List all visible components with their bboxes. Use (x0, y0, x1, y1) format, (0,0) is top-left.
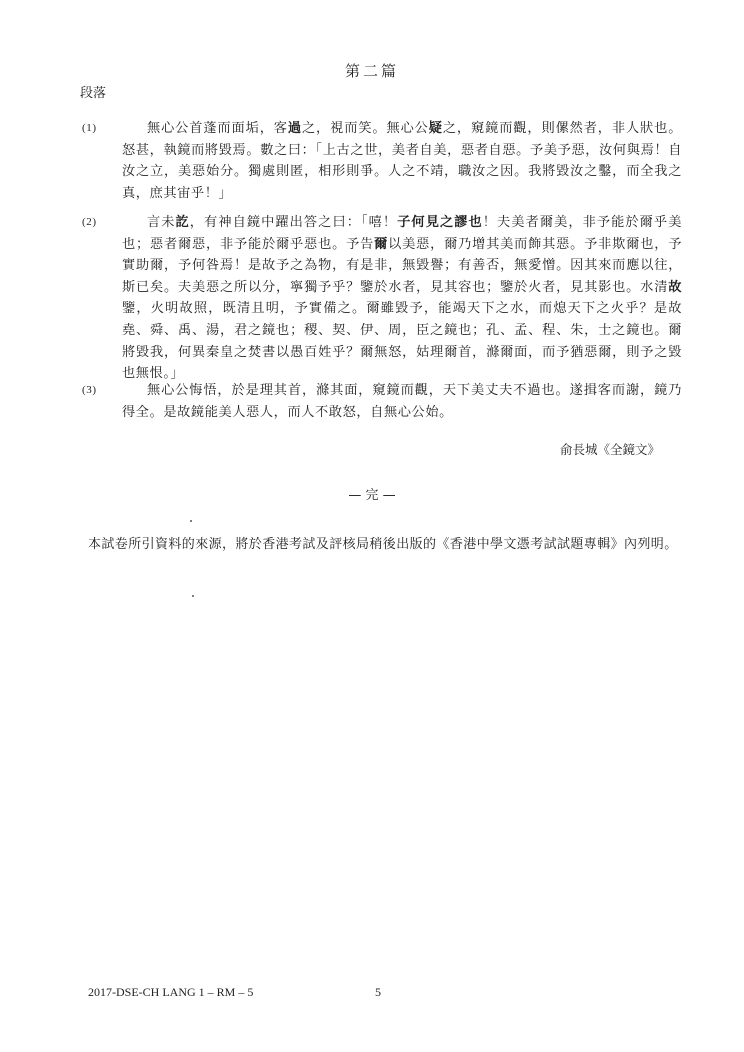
text-run: 無心公悔悟，於是理其首，滌其面，窺鏡而觀，天下美丈夫不過也。遂揖客而謝，鏡乃得全… (122, 383, 682, 420)
paragraph-text: 無心公首蓬而面垢，客過之，視而笑。無心公疑之，窺鏡而觀，則傫然者，非人狀也。怒甚… (122, 118, 682, 204)
paragraph-2: (2) 言未訖，有神自鏡中躍出答之曰：「嘻！子何見之謬也！夫美者爾美，非予能於爾… (82, 212, 682, 385)
section-label: 段落 (80, 82, 106, 101)
paragraph-number: (2) (82, 212, 97, 234)
paragraph-number: (3) (82, 380, 97, 402)
source-attribution: 俞長城《全鏡文》 (560, 440, 660, 458)
footer-paper-code: 2017-DSE-CH LANG 1 – RM – 5 (88, 985, 253, 1000)
end-mark: — 完 — (0, 484, 744, 503)
bold-term: 故 (668, 280, 682, 295)
paragraph-3: (3) 無心公悔悟，於是理其首，滌其面，窺鏡而觀，天下美丈夫不過也。遂揖客而謝，… (82, 380, 682, 423)
paragraph-number: (1) (82, 118, 97, 140)
text-run: 無心公首蓬而面垢，客 (147, 121, 288, 136)
text-run: 鑒，火明故照，既清且明，予實備之。爾雖毀予，能竭天下之水，而熄天下之火乎？是故堯… (122, 301, 682, 381)
page-title: 第二篇 (0, 60, 744, 81)
paragraph-1: (1) 無心公首蓬而面垢，客過之，視而笑。無心公疑之，窺鏡而觀，則傫然者，非人狀… (82, 118, 682, 204)
bold-term: 訖 (176, 215, 190, 230)
scan-speck (192, 595, 194, 597)
source-note: 本試卷所引資料的來源，將於香港考試及評核局稍後出版的《香港中學文憑考試試題專輯》… (88, 534, 678, 555)
scan-speck (190, 520, 192, 522)
bold-term: 疑 (429, 121, 443, 136)
footer-page-number: 5 (375, 985, 381, 1000)
text-run: 之，視而笑。無心公 (302, 121, 429, 136)
bold-term: 子何見之謬也 (397, 215, 483, 230)
paragraph-text: 無心公悔悟，於是理其首，滌其面，窺鏡而觀，天下美丈夫不過也。遂揖客而謝，鏡乃得全… (122, 380, 682, 423)
paragraph-text: 言未訖，有神自鏡中躍出答之曰：「嘻！子何見之謬也！夫美者爾美，非予能於爾乎美也；… (122, 212, 682, 385)
text-run: ，有神自鏡中躍出答之曰：「嘻！ (190, 215, 397, 230)
bold-term: 過 (288, 121, 302, 136)
text-run: 言未 (147, 215, 176, 230)
bold-term: 爾 (374, 237, 388, 252)
